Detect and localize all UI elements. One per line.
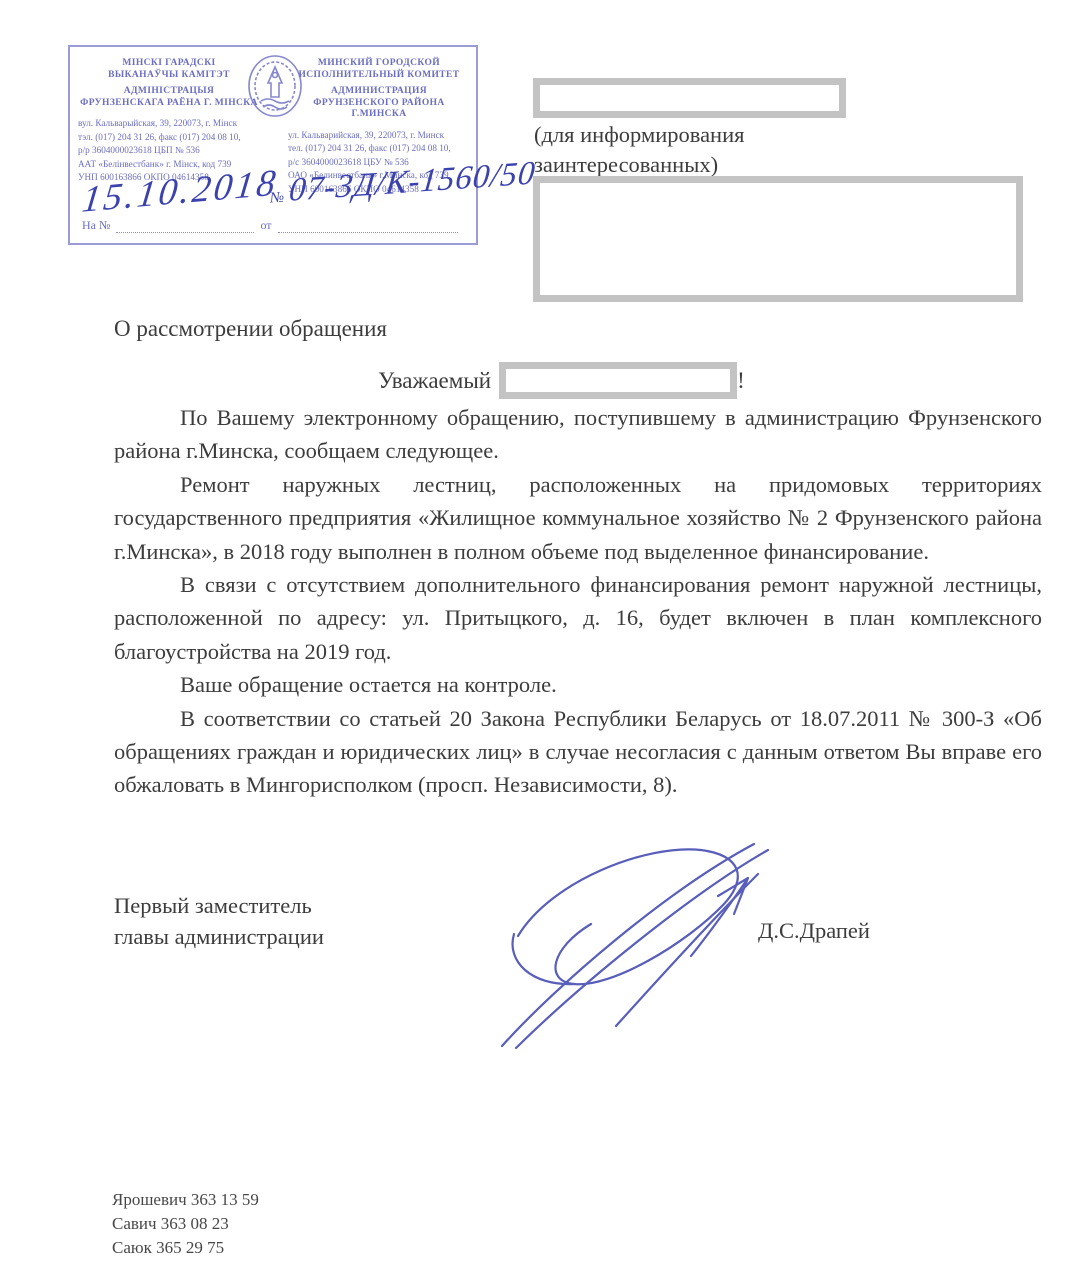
salutation-prefix: Уважаемый (378, 368, 491, 394)
paragraph: Ваше обращение остается на контроле. (114, 668, 1042, 701)
org-name-line: ФРУНЗЕНСКАГА РАЁНА Г. МІНСКА (78, 98, 260, 110)
handwritten-signature (496, 836, 816, 1056)
org-name-line: АДМИНИСТРАЦИЯ (288, 86, 470, 98)
recipient-note: (для информирования заинтересованных) (534, 120, 745, 180)
signatory-title: Первый заместитель главы администрации (114, 890, 324, 952)
org-name-line: МИНСКИЙ ГОРОДСКОЙ (288, 58, 470, 70)
contact-line: Савич 363 08 23 (112, 1212, 259, 1236)
subject-line: О рассмотрении обращения (114, 316, 387, 342)
contact-line: Саюк 365 29 75 (112, 1236, 259, 1260)
org-name-line: ВЫКАНАЎЧЫ КАМІТЭТ (78, 70, 260, 82)
reference-blank-line (116, 220, 254, 233)
ot-label: от (260, 218, 271, 233)
reference-number-row: На № от (82, 218, 464, 233)
redaction-box-recipient-name (533, 78, 846, 118)
paragraph: По Вашему электронному обращению, поступ… (114, 401, 1042, 468)
redaction-box-addressee-name (499, 362, 737, 399)
scanned-letter-page: { "colors":{"stamp":"#6b6ec0","ink":"#3b… (0, 0, 1072, 1280)
paragraph: В связи с отсутствием дополнительного фи… (114, 568, 1042, 668)
number-sign: № (269, 190, 284, 208)
org-name-line: АДМІНІСТРАЦЫЯ (78, 86, 260, 98)
paragraph: В соответствии со статьей 20 Закона Респ… (114, 702, 1042, 802)
paragraph: Ремонт наружных лестниц, расположенных н… (114, 468, 1042, 568)
salutation-suffix: ! (737, 368, 745, 394)
letter-body: По Вашему электронному обращению, поступ… (114, 401, 1042, 802)
reference-blank-line (278, 220, 458, 233)
org-name-line: МІНСКІ ГАРАДСКІ (78, 58, 260, 70)
salutation-line: Уважаемый ! (378, 362, 745, 399)
contact-line: Ярошевич 363 13 59 (112, 1188, 259, 1212)
signatory-name: Д.С.Драпей (758, 918, 870, 944)
org-name-line: ИСПОЛНИТЕЛЬНЫЙ КОМИТЕТ (288, 70, 470, 82)
contact-phone-list: Ярошевич 363 13 59 Савич 363 08 23 Саюк … (112, 1188, 259, 1260)
org-name-line: ФРУНЗЕНСКОГО РАЙОНА Г.МИНСКА (288, 98, 470, 121)
redaction-box-recipient-address (533, 176, 1023, 302)
